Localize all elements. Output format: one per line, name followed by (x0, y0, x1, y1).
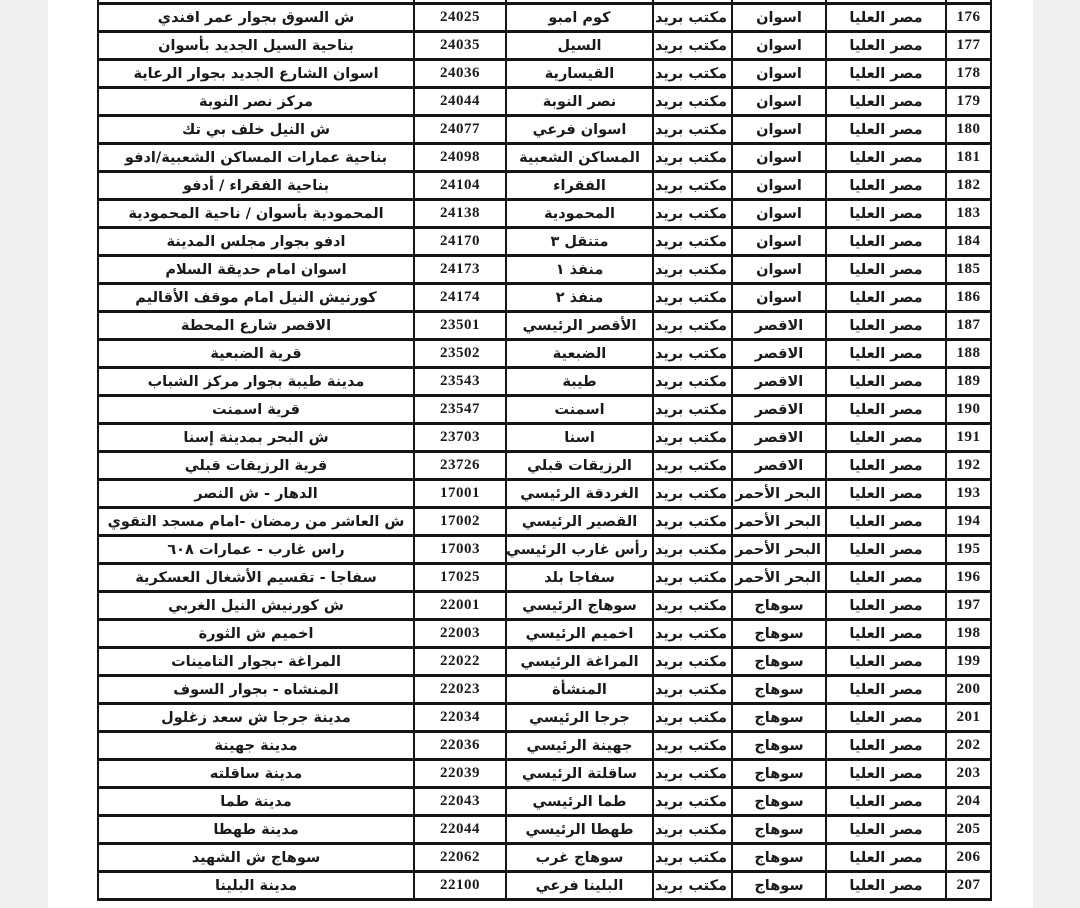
postal-code-cell: 22001 (414, 592, 506, 620)
region-cell: مصر العليا (826, 200, 946, 228)
office-name-cell: طيبة (506, 368, 653, 396)
row-number-cell: 190 (946, 396, 991, 424)
governorate-cell: سوهاج (732, 620, 826, 648)
office-name-cell: جهينة الرئيسي (506, 732, 653, 760)
table-row: 185 مصر العليا اسوان مكتب بريد منفذ ١ 24… (98, 256, 991, 284)
office-name-cell: متنقل ٣ (506, 228, 653, 256)
postal-code-cell: 24174 (414, 284, 506, 312)
office-type-cell: مكتب بريد (653, 396, 732, 424)
office-name-cell: منفذ ٢ (506, 284, 653, 312)
office-type-cell: مكتب بريد (653, 284, 732, 312)
office-type-cell: مكتب بريد (653, 200, 732, 228)
table-row: 192 مصر العليا الاقصر مكتب بريد الرزيقات… (98, 452, 991, 480)
office-name-cell: نصر النوبة (506, 88, 653, 116)
region-cell: مصر العليا (826, 424, 946, 452)
office-type-cell: مكتب بريد (653, 32, 732, 60)
governorate-cell: سوهاج (732, 704, 826, 732)
address-cell: قرية اسمنت (98, 396, 414, 424)
address-cell: مدينة البلينا (98, 872, 414, 900)
table-row: 203 مصر العليا سوهاج مكتب بريد ساقلتة ال… (98, 760, 991, 788)
right-margin-strip (1033, 0, 1080, 908)
postal-code-cell: 22036 (414, 732, 506, 760)
row-number-cell: 186 (946, 284, 991, 312)
table-row: 194 مصر العليا البحر الأحمر مكتب بريد ال… (98, 508, 991, 536)
office-name-cell: الفقراء (506, 172, 653, 200)
address-cell: مدينة طهطا (98, 816, 414, 844)
address-cell: اخميم ش الثورة (98, 620, 414, 648)
region-cell: مصر العليا (826, 816, 946, 844)
row-number-cell: 202 (946, 732, 991, 760)
office-name-cell: ساقلتة الرئيسي (506, 760, 653, 788)
governorate-cell: سوهاج (732, 648, 826, 676)
region-cell: مصر العليا (826, 144, 946, 172)
row-number-cell: 201 (946, 704, 991, 732)
governorate-cell: البحر الأحمر (732, 564, 826, 592)
table-row: 176 مصر العليا اسوان مكتب بريد كوم امبو … (98, 4, 991, 32)
table-row: 207 مصر العليا سوهاج مكتب بريد البلينا ف… (98, 872, 991, 900)
row-number-cell: 178 (946, 60, 991, 88)
region-cell: مصر العليا (826, 648, 946, 676)
address-cell: المراغة -بجوار التامينات (98, 648, 414, 676)
office-name-cell: المحمودية (506, 200, 653, 228)
table-row: 188 مصر العليا الاقصر مكتب بريد الضبعية … (98, 340, 991, 368)
address-cell: سوهاج ش الشهيد (98, 844, 414, 872)
address-cell: مركز نصر النوبة (98, 88, 414, 116)
office-name-cell: المنشأة (506, 676, 653, 704)
row-number-cell: 181 (946, 144, 991, 172)
region-cell: مصر العليا (826, 872, 946, 900)
office-type-cell: مكتب بريد (653, 648, 732, 676)
document-page: 176 مصر العليا اسوان مكتب بريد كوم امبو … (0, 0, 1080, 908)
table-row: 193 مصر العليا البحر الأحمر مكتب بريد ال… (98, 480, 991, 508)
region-cell: مصر العليا (826, 88, 946, 116)
postal-code-cell: 24036 (414, 60, 506, 88)
office-type-cell: مكتب بريد (653, 732, 732, 760)
postal-code-cell: 22039 (414, 760, 506, 788)
row-number-cell: 187 (946, 312, 991, 340)
address-cell: مدينة جهينة (98, 732, 414, 760)
governorate-cell: سوهاج (732, 816, 826, 844)
office-name-cell: جرجا الرئيسي (506, 704, 653, 732)
left-margin-strip (0, 0, 48, 908)
office-name-cell: سفاجا بلد (506, 564, 653, 592)
governorate-cell: الاقصر (732, 368, 826, 396)
postal-code-cell: 22043 (414, 788, 506, 816)
address-cell: مدينة جرجا ش سعد زغلول (98, 704, 414, 732)
office-name-cell: كوم امبو (506, 4, 653, 32)
table-row: 178 مصر العليا اسوان مكتب بريد القيسارية… (98, 60, 991, 88)
address-cell: ش السوق بجوار عمر افندي (98, 4, 414, 32)
region-cell: مصر العليا (826, 396, 946, 424)
office-type-cell: مكتب بريد (653, 676, 732, 704)
address-cell: قرية الرزيقات قبلي (98, 452, 414, 480)
region-cell: مصر العليا (826, 452, 946, 480)
postal-code-cell: 23502 (414, 340, 506, 368)
governorate-cell: البحر الأحمر (732, 480, 826, 508)
office-type-cell: مكتب بريد (653, 256, 732, 284)
address-cell: ش البحر بمدينة إسنا (98, 424, 414, 452)
address-cell: اسوان امام حديقة السلام (98, 256, 414, 284)
row-number-cell: 176 (946, 4, 991, 32)
table-row: 202 مصر العليا سوهاج مكتب بريد جهينة الر… (98, 732, 991, 760)
governorate-cell: اسوان (732, 60, 826, 88)
postal-code-cell: 22034 (414, 704, 506, 732)
region-cell: مصر العليا (826, 480, 946, 508)
postal-code-cell: 23543 (414, 368, 506, 396)
address-cell: مدينة طيبة بجوار مركز الشباب (98, 368, 414, 396)
office-name-cell: منفذ ١ (506, 256, 653, 284)
table-row: 183 مصر العليا اسوان مكتب بريد المحمودية… (98, 200, 991, 228)
region-cell: مصر العليا (826, 788, 946, 816)
address-cell: المنشاه - بجوار السوف (98, 676, 414, 704)
address-cell: اسوان الشارع الجديد بجوار الرعاية (98, 60, 414, 88)
postal-code-cell: 22023 (414, 676, 506, 704)
address-cell: مدينة ساقلته (98, 760, 414, 788)
office-name-cell: الرزيقات قبلي (506, 452, 653, 480)
office-type-cell: مكتب بريد (653, 116, 732, 144)
table-row: 197 مصر العليا سوهاج مكتب بريد سوهاج الر… (98, 592, 991, 620)
region-cell: مصر العليا (826, 172, 946, 200)
postal-code-cell: 24170 (414, 228, 506, 256)
governorate-cell: سوهاج (732, 732, 826, 760)
postal-code-cell: 22022 (414, 648, 506, 676)
table-row: 190 مصر العليا الاقصر مكتب بريد اسمنت 23… (98, 396, 991, 424)
office-name-cell: القيسارية (506, 60, 653, 88)
region-cell: مصر العليا (826, 592, 946, 620)
row-number-cell: 183 (946, 200, 991, 228)
post-offices-table: 176 مصر العليا اسوان مكتب بريد كوم امبو … (97, 0, 992, 901)
row-number-cell: 205 (946, 816, 991, 844)
row-number-cell: 198 (946, 620, 991, 648)
row-number-cell: 191 (946, 424, 991, 452)
office-name-cell: المراغة الرئيسي (506, 648, 653, 676)
office-type-cell: مكتب بريد (653, 312, 732, 340)
table-row: 204 مصر العليا سوهاج مكتب بريد طما الرئي… (98, 788, 991, 816)
row-number-cell: 196 (946, 564, 991, 592)
region-cell: مصر العليا (826, 284, 946, 312)
region-cell: مصر العليا (826, 732, 946, 760)
office-name-cell: المساكن الشعبية (506, 144, 653, 172)
office-type-cell: مكتب بريد (653, 508, 732, 536)
office-type-cell: مكتب بريد (653, 424, 732, 452)
governorate-cell: سوهاج (732, 872, 826, 900)
office-type-cell: مكتب بريد (653, 88, 732, 116)
office-name-cell: سوهاج الرئيسي (506, 592, 653, 620)
region-cell: مصر العليا (826, 536, 946, 564)
row-number-cell: 177 (946, 32, 991, 60)
governorate-cell: اسوان (732, 172, 826, 200)
table-row: 180 مصر العليا اسوان مكتب بريد اسوان فرع… (98, 116, 991, 144)
address-cell: بناحية السيل الجديد بأسوان (98, 32, 414, 60)
region-cell: مصر العليا (826, 228, 946, 256)
region-cell: مصر العليا (826, 32, 946, 60)
office-type-cell: مكتب بريد (653, 228, 732, 256)
row-number-cell: 193 (946, 480, 991, 508)
address-cell: المحمودية بأسوان / ناحية المحمودية (98, 200, 414, 228)
address-cell: ش النيل خلف بي تك (98, 116, 414, 144)
office-type-cell: مكتب بريد (653, 452, 732, 480)
office-type-cell: مكتب بريد (653, 60, 732, 88)
postal-code-cell: 23703 (414, 424, 506, 452)
postal-code-cell: 24035 (414, 32, 506, 60)
office-name-cell: سوهاج غرب (506, 844, 653, 872)
table-row: 200 مصر العليا سوهاج مكتب بريد المنشأة 2… (98, 676, 991, 704)
address-cell: ش كورنيش النيل الغربي (98, 592, 414, 620)
governorate-cell: سوهاج (732, 676, 826, 704)
row-number-cell: 180 (946, 116, 991, 144)
postal-code-cell: 22044 (414, 816, 506, 844)
row-number-cell: 206 (946, 844, 991, 872)
governorate-cell: الاقصر (732, 340, 826, 368)
row-number-cell: 194 (946, 508, 991, 536)
office-type-cell: مكتب بريد (653, 620, 732, 648)
office-name-cell: اسوان فرعي (506, 116, 653, 144)
row-number-cell: 203 (946, 760, 991, 788)
address-cell: مدينة طما (98, 788, 414, 816)
table-row: 181 مصر العليا اسوان مكتب بريد المساكن ا… (98, 144, 991, 172)
row-number-cell: 207 (946, 872, 991, 900)
office-type-cell: مكتب بريد (653, 704, 732, 732)
governorate-cell: الاقصر (732, 396, 826, 424)
office-type-cell: مكتب بريد (653, 480, 732, 508)
governorate-cell: اسوان (732, 144, 826, 172)
office-name-cell: السيل (506, 32, 653, 60)
row-number-cell: 185 (946, 256, 991, 284)
table-row: 179 مصر العليا اسوان مكتب بريد نصر النوب… (98, 88, 991, 116)
address-cell: ش العاشر من رمضان -امام مسجد التقوي (98, 508, 414, 536)
region-cell: مصر العليا (826, 508, 946, 536)
governorate-cell: سوهاج (732, 788, 826, 816)
office-type-cell: مكتب بريد (653, 368, 732, 396)
office-name-cell: طهطا الرئيسي (506, 816, 653, 844)
region-cell: مصر العليا (826, 116, 946, 144)
postal-code-cell: 17002 (414, 508, 506, 536)
address-cell: راس غارب - عمارات ٦٠٨ (98, 536, 414, 564)
office-type-cell: مكتب بريد (653, 844, 732, 872)
table-row: 201 مصر العليا سوهاج مكتب بريد جرجا الرئ… (98, 704, 991, 732)
row-number-cell: 189 (946, 368, 991, 396)
region-cell: مصر العليا (826, 564, 946, 592)
governorate-cell: سوهاج (732, 760, 826, 788)
postal-code-cell: 22003 (414, 620, 506, 648)
table-row: 186 مصر العليا اسوان مكتب بريد منفذ ٢ 24… (98, 284, 991, 312)
office-name-cell: طما الرئيسي (506, 788, 653, 816)
governorate-cell: الاقصر (732, 312, 826, 340)
office-name-cell: الأقصر الرئيسي (506, 312, 653, 340)
governorate-cell: اسوان (732, 32, 826, 60)
address-cell: كورنيش النيل امام موقف الأقاليم (98, 284, 414, 312)
address-cell: ادفو بجوار مجلس المدينة (98, 228, 414, 256)
governorate-cell: اسوان (732, 256, 826, 284)
row-number-cell: 192 (946, 452, 991, 480)
address-cell: الدهار - ش النصر (98, 480, 414, 508)
row-number-cell: 179 (946, 88, 991, 116)
region-cell: مصر العليا (826, 60, 946, 88)
address-cell: قرية الضبعية (98, 340, 414, 368)
address-cell: سفاجا - تقسيم الأشغال العسكرية (98, 564, 414, 592)
table-row: 199 مصر العليا سوهاج مكتب بريد المراغة ا… (98, 648, 991, 676)
postal-code-cell: 17025 (414, 564, 506, 592)
governorate-cell: سوهاج (732, 592, 826, 620)
governorate-cell: اسوان (732, 4, 826, 32)
post-offices-table-wrap: 176 مصر العليا اسوان مكتب بريد كوم امبو … (97, 0, 990, 901)
region-cell: مصر العليا (826, 620, 946, 648)
row-number-cell: 184 (946, 228, 991, 256)
postal-code-cell: 24173 (414, 256, 506, 284)
table-row: 189 مصر العليا الاقصر مكتب بريد طيبة 235… (98, 368, 991, 396)
governorate-cell: اسوان (732, 88, 826, 116)
postal-code-cell: 24098 (414, 144, 506, 172)
office-name-cell: اخميم الرئيسي (506, 620, 653, 648)
region-cell: مصر العليا (826, 676, 946, 704)
address-cell: الاقصر شارع المحطة (98, 312, 414, 340)
row-number-cell: 182 (946, 172, 991, 200)
governorate-cell: اسوان (732, 228, 826, 256)
row-number-cell: 188 (946, 340, 991, 368)
office-name-cell: البلينا فرعي (506, 872, 653, 900)
table-row: 184 مصر العليا اسوان مكتب بريد متنقل ٣ 2… (98, 228, 991, 256)
office-name-cell: الغردقة الرئيسي (506, 480, 653, 508)
postal-code-cell: 24044 (414, 88, 506, 116)
governorate-cell: اسوان (732, 116, 826, 144)
region-cell: مصر العليا (826, 760, 946, 788)
row-number-cell: 199 (946, 648, 991, 676)
table-row: 177 مصر العليا اسوان مكتب بريد السيل 240… (98, 32, 991, 60)
office-type-cell: مكتب بريد (653, 172, 732, 200)
postal-code-cell: 23501 (414, 312, 506, 340)
office-name-cell: الضبعية (506, 340, 653, 368)
region-cell: مصر العليا (826, 256, 946, 284)
office-name-cell: اسمنت (506, 396, 653, 424)
table-row: 182 مصر العليا اسوان مكتب بريد الفقراء 2… (98, 172, 991, 200)
office-name-cell: القصير الرئيسي (506, 508, 653, 536)
governorate-cell: سوهاج (732, 844, 826, 872)
office-type-cell: مكتب بريد (653, 564, 732, 592)
postal-code-cell: 24138 (414, 200, 506, 228)
governorate-cell: البحر الأحمر (732, 536, 826, 564)
postal-code-cell: 24025 (414, 4, 506, 32)
table-row: 198 مصر العليا سوهاج مكتب بريد اخميم الر… (98, 620, 991, 648)
table-row: 196 مصر العليا البحر الأحمر مكتب بريد سف… (98, 564, 991, 592)
office-type-cell: مكتب بريد (653, 872, 732, 900)
region-cell: مصر العليا (826, 312, 946, 340)
office-name-cell: رأس غارب الرئيسي (506, 536, 653, 564)
row-number-cell: 197 (946, 592, 991, 620)
table-row: 191 مصر العليا الاقصر مكتب بريد اسنا 237… (98, 424, 991, 452)
region-cell: مصر العليا (826, 368, 946, 396)
governorate-cell: اسوان (732, 284, 826, 312)
office-type-cell: مكتب بريد (653, 788, 732, 816)
office-type-cell: مكتب بريد (653, 536, 732, 564)
office-type-cell: مكتب بريد (653, 592, 732, 620)
postal-code-cell: 22100 (414, 872, 506, 900)
table-row: 205 مصر العليا سوهاج مكتب بريد طهطا الرئ… (98, 816, 991, 844)
postal-code-cell: 17001 (414, 480, 506, 508)
governorate-cell: الاقصر (732, 452, 826, 480)
office-type-cell: مكتب بريد (653, 340, 732, 368)
postal-code-cell: 24104 (414, 172, 506, 200)
address-cell: بناحية الفقراء / أدفو (98, 172, 414, 200)
office-type-cell: مكتب بريد (653, 144, 732, 172)
table-row: 206 مصر العليا سوهاج مكتب بريد سوهاج غرب… (98, 844, 991, 872)
postal-code-cell: 24077 (414, 116, 506, 144)
table-row: 187 مصر العليا الاقصر مكتب بريد الأقصر ا… (98, 312, 991, 340)
row-number-cell: 195 (946, 536, 991, 564)
office-type-cell: مكتب بريد (653, 4, 732, 32)
postal-code-cell: 17003 (414, 536, 506, 564)
address-cell: بناحية عمارات المساكن الشعبية/ادفو (98, 144, 414, 172)
region-cell: مصر العليا (826, 340, 946, 368)
region-cell: مصر العليا (826, 4, 946, 32)
postal-code-cell: 23547 (414, 396, 506, 424)
office-type-cell: مكتب بريد (653, 816, 732, 844)
postal-code-cell: 22062 (414, 844, 506, 872)
governorate-cell: اسوان (732, 200, 826, 228)
region-cell: مصر العليا (826, 844, 946, 872)
region-cell: مصر العليا (826, 704, 946, 732)
row-number-cell: 204 (946, 788, 991, 816)
governorate-cell: الاقصر (732, 424, 826, 452)
postal-code-cell: 23726 (414, 452, 506, 480)
table-row: 195 مصر العليا البحر الأحمر مكتب بريد رأ… (98, 536, 991, 564)
governorate-cell: البحر الأحمر (732, 508, 826, 536)
office-type-cell: مكتب بريد (653, 760, 732, 788)
office-name-cell: اسنا (506, 424, 653, 452)
row-number-cell: 200 (946, 676, 991, 704)
